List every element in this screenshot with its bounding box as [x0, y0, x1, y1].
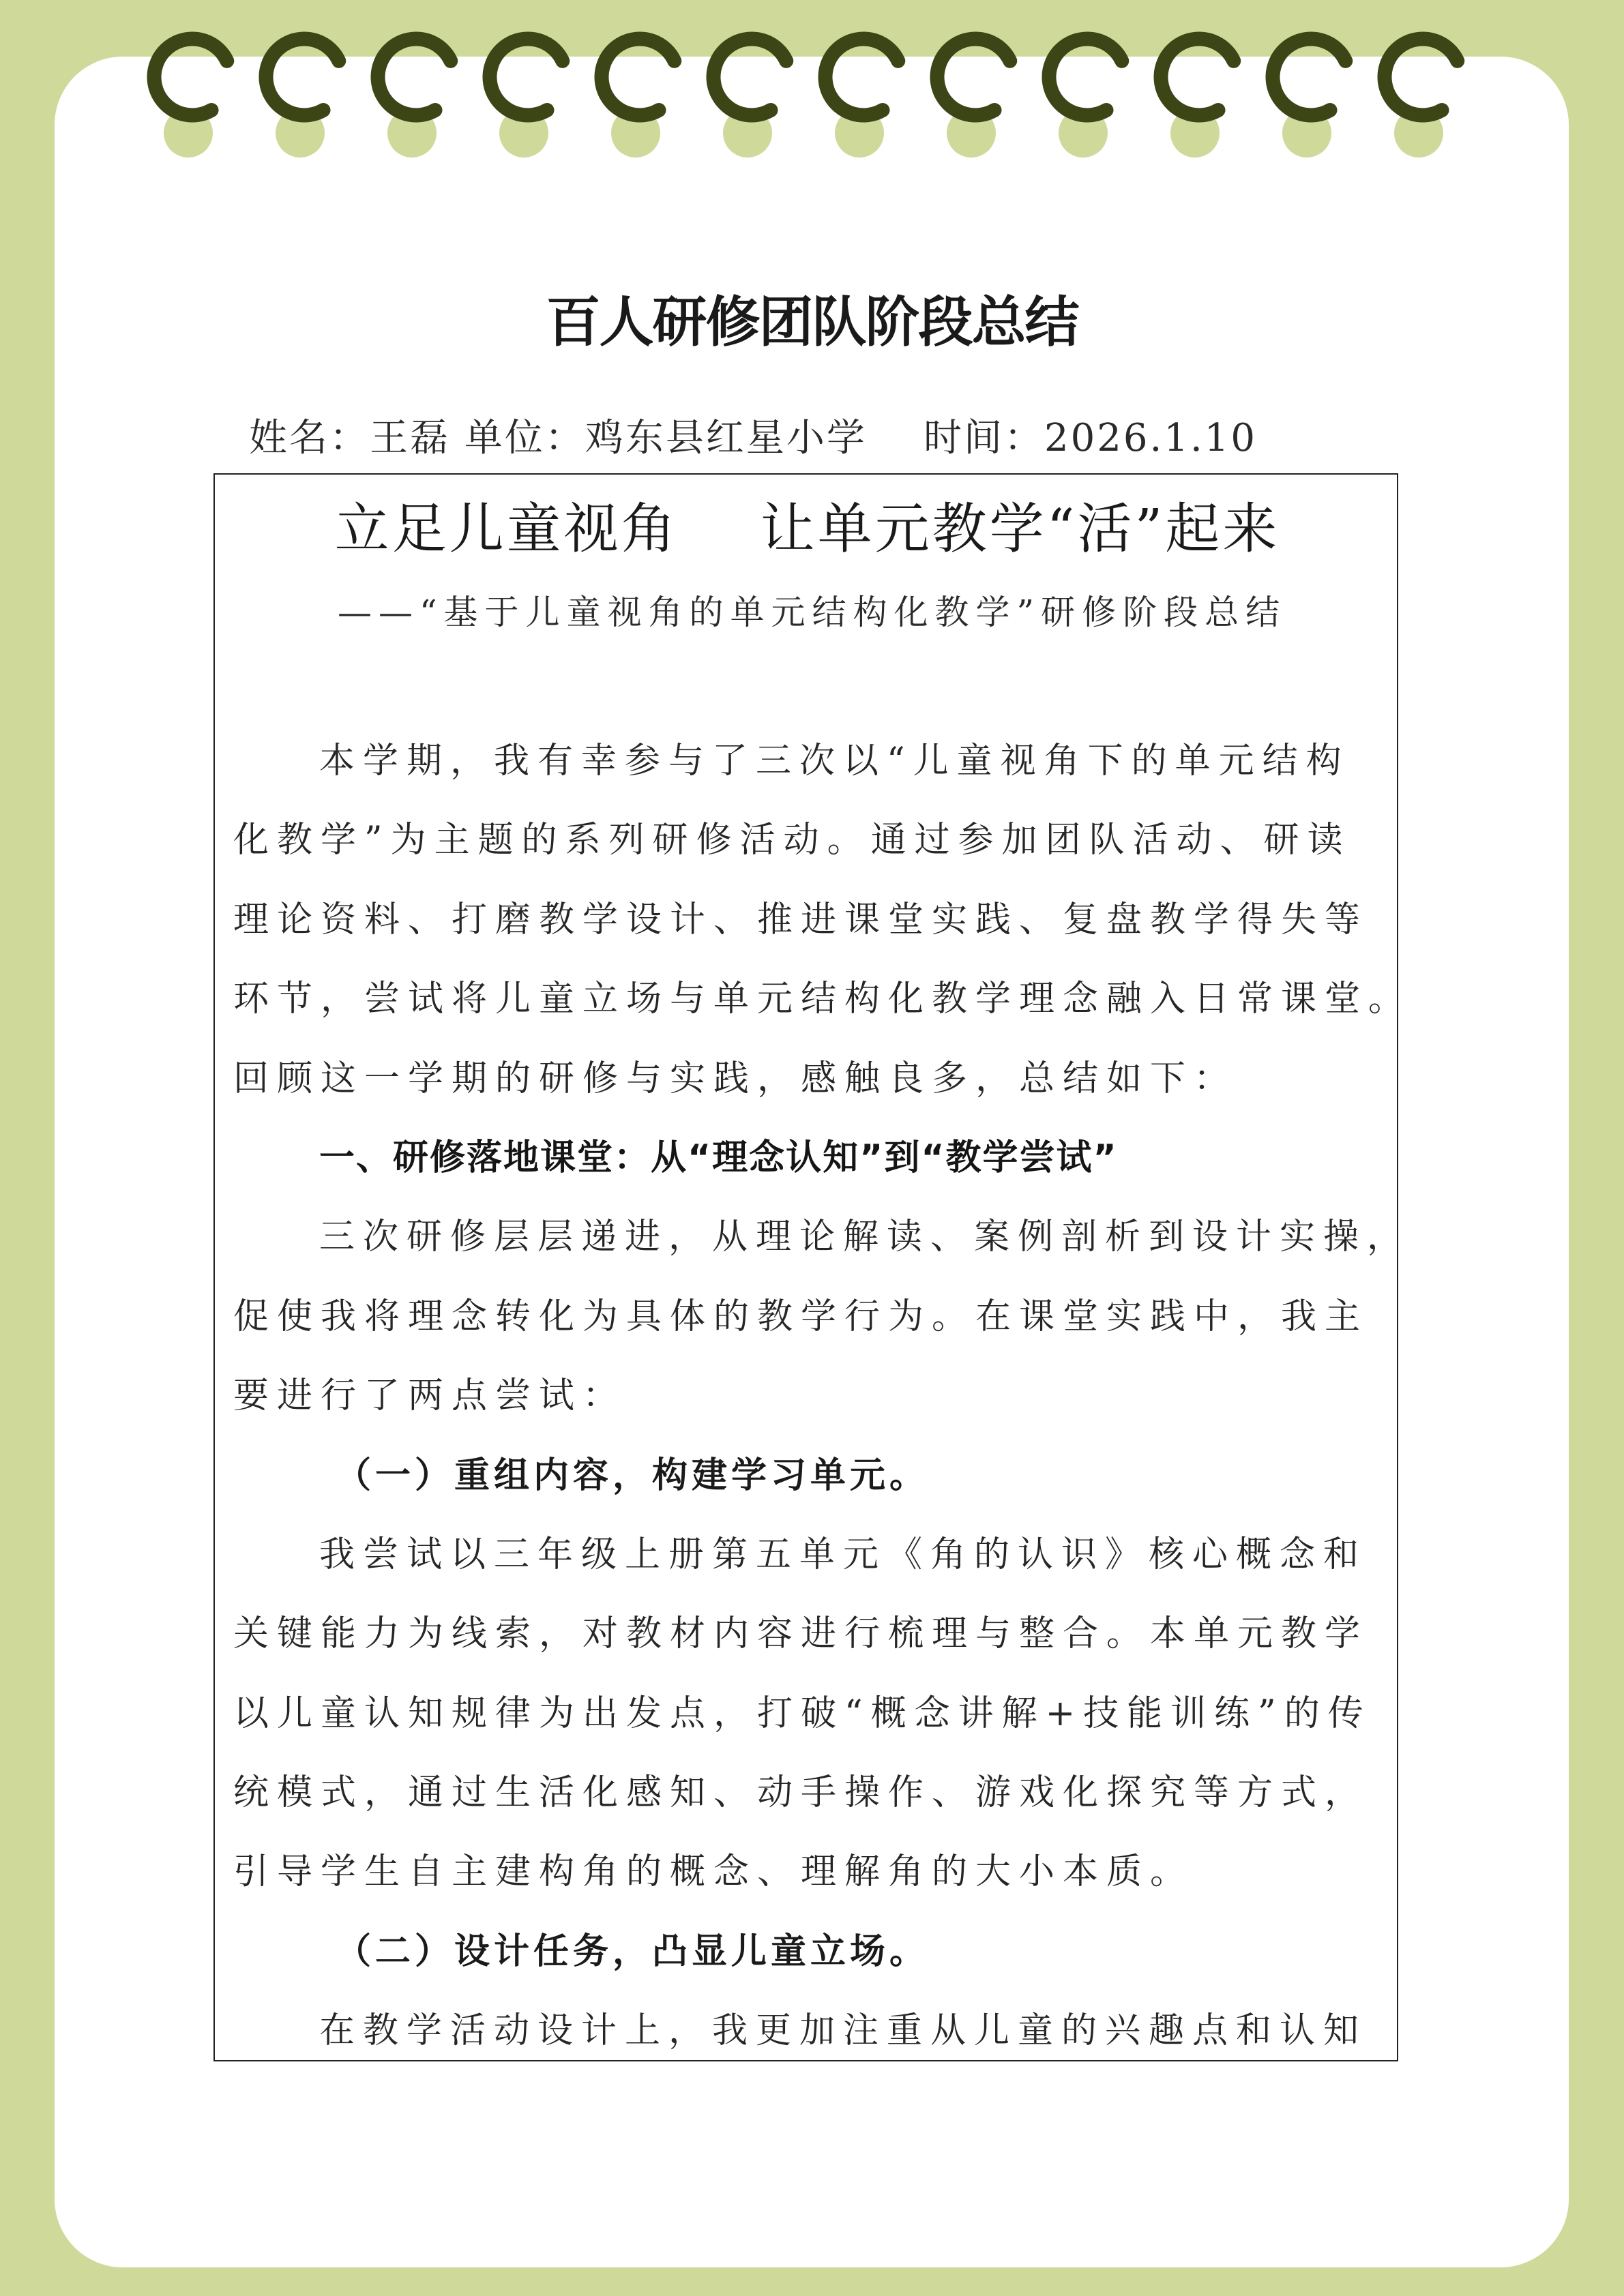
body-text-line: 理论资料、打磨教学设计、推进课堂实践、复盘教学得失等 [233, 880, 1393, 959]
body-text-line: 以儿童认知规律为出发点，打破“概念讲解+技能训练”的传 [233, 1674, 1393, 1753]
unit-name: 鸡东县红星小学 [585, 408, 867, 462]
article-heading: 立足儿童视角让单元教学“活”起来 [215, 485, 1400, 563]
heading-part-1: 立足儿童视角 [335, 497, 679, 561]
body-text-line: 三次研修层层递进，从理论解读、案例剖析到设计实操， [233, 1197, 1393, 1277]
subsection-heading: （一）重组内容，构建学习单元。 [233, 1436, 1393, 1515]
author-name: 王磊 [370, 408, 450, 462]
body-text-line: 化教学”为主题的系列研修活动。通过参加团队活动、研读 [233, 801, 1393, 880]
time-label: 时间： [924, 408, 1044, 462]
body-text-line: 要进行了两点尝试： [233, 1356, 1393, 1435]
section-heading: 一、研修落地课堂：从“理念认知”到“教学尝试” [233, 1118, 1393, 1197]
body-text-line: 回顾这一学期的研修与实践，感触良多，总结如下： [233, 1039, 1393, 1118]
name-label: 姓名： [249, 408, 370, 462]
body-text-line: 引导学生自主建构角的概念、理解角的大小本质。 [233, 1832, 1393, 1911]
page-title: 百人研修团队阶段总结 [0, 278, 1624, 357]
body-text-line: 环节，尝试将儿童立场与单元结构化教学理念融入日常课堂。 [233, 959, 1393, 1039]
body-text-line: 统模式，通过生活化感知、动手操作、游戏化探究等方式， [233, 1753, 1393, 1832]
article-box: 立足儿童视角让单元教学“活”起来 ——“基于儿童视角的单元结构化教学”研修阶段总… [213, 473, 1398, 2061]
heading-part-2: 让单元教学“活”起来 [761, 497, 1280, 561]
body-text-line: 促使我将理念转化为具体的教学行为。在课堂实践中，我主 [233, 1277, 1393, 1356]
article-body: 本学期，我有幸参与了三次以“儿童视角下的单元结构化教学”为主题的系列研修活动。通… [233, 721, 1393, 2071]
body-text-line: 关键能力为线索，对教材内容进行梳理与整合。本单元教学 [233, 1594, 1393, 1673]
body-text-line: 我尝试以三年级上册第五单元《角的认识》核心概念和 [233, 1515, 1393, 1594]
author-info-line: 姓名：王磊 单位：鸡东县红星小学 时间：2026.1.10 [249, 408, 1257, 462]
date-value: 2026.1.10 [1044, 416, 1257, 460]
subsection-heading: （二）设计任务，凸显儿童立场。 [233, 1912, 1393, 1991]
body-text-line: 在教学活动设计上，我更加注重从儿童的兴趣点和认知 [233, 1991, 1393, 2070]
body-text-line: 本学期，我有幸参与了三次以“儿童视角下的单元结构 [233, 721, 1393, 801]
article-subtitle: ——“基于儿童视角的单元结构化教学”研修阶段总结 [338, 585, 1286, 634]
unit-label: 单位： [464, 408, 585, 462]
